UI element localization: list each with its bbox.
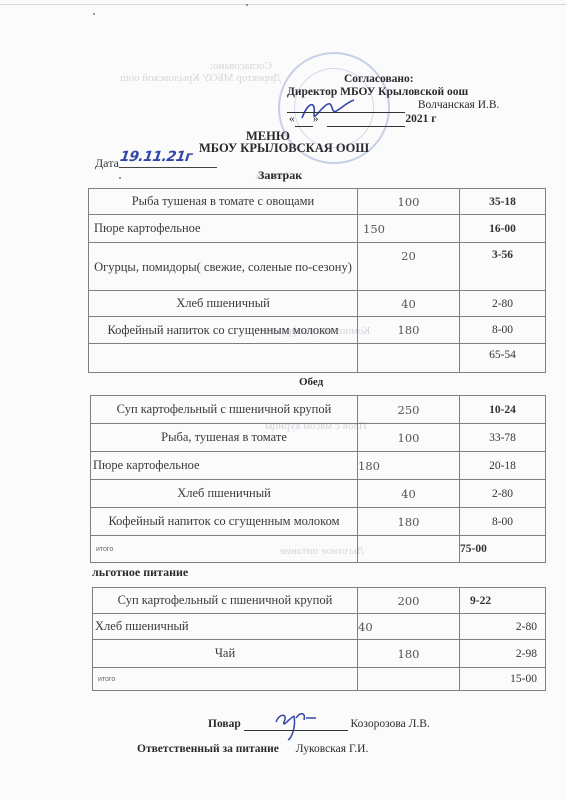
dish-price: 2-80: [460, 480, 546, 508]
dish-name: Суп картофельный с пшеничной крупой: [91, 396, 358, 424]
total-label: итого: [91, 536, 358, 563]
dish-qty: 40: [358, 291, 460, 317]
total-row: итого 75-00: [91, 536, 546, 563]
dish-name: Рыба тушеная в томате с овощами: [89, 189, 358, 215]
dish-price: 2-80: [460, 291, 546, 317]
table-row: Суп картофельный с пшеничной крупой 250 …: [91, 396, 546, 424]
dish-qty: 180: [358, 640, 460, 668]
lunch-table: Суп картофельный с пшеничной крупой 250 …: [90, 395, 546, 563]
table-row: Пюре картофельное 150 16-00: [89, 215, 546, 243]
dish-name: Кофейный напиток со сгущенным молоком: [89, 317, 358, 344]
dish-price: 8-00: [460, 508, 546, 536]
dish-qty: 200: [358, 588, 460, 614]
dish-name: Огурцы, помидоры( свежие, соленые по-сез…: [89, 243, 358, 291]
total-label: итого: [93, 668, 358, 691]
menu-document: Согласовано: Директор МБОУ Крыловской оо…: [0, 0, 566, 800]
approval-position: Директор МБОУ Крыловской оош: [287, 85, 468, 99]
table-row: Рыба тушеная в томате с овощами 100 35-1…: [89, 189, 546, 215]
table-row: Чай 180 2-98: [93, 640, 546, 668]
dish-price: 33-78: [460, 424, 546, 452]
total-price: 75-00: [460, 536, 546, 563]
cook-name: Козорозова Л.В.: [351, 718, 430, 730]
table-row: Рыба, тушеная в томате 100 33-78: [91, 424, 546, 452]
table-row: Кофейный напиток со сгущенным молоком 18…: [89, 317, 546, 344]
dish-name: Хлеб пшеничный: [93, 614, 358, 640]
table-row: Хлеб пшеничный 40 2-80: [91, 480, 546, 508]
dish-qty: 180: [358, 508, 460, 536]
benefit-table: Суп картофельный с пшеничной крупой 200 …: [92, 587, 546, 691]
table-row: Огурцы, помидоры( свежие, соленые по-сез…: [89, 243, 546, 291]
dish-price: 9-22: [460, 588, 546, 614]
dish-price: 35-18: [460, 189, 546, 215]
cook-signature-line: Повар Козорозова Л.В.: [208, 718, 430, 731]
date-value: 19.11.21г: [119, 149, 193, 165]
table-row: Хлеб пшеничный 40 2-80: [89, 291, 546, 317]
scan-edge: [0, 4, 566, 5]
breakfast-table: Рыба тушеная в томате с овощами 100 35-1…: [88, 188, 546, 373]
dish-name: Рыба, тушеная в томате: [91, 424, 358, 452]
bleed-through: Директор МБОУ Крыловской оош: [120, 72, 281, 84]
date-underline: [119, 167, 217, 168]
dish-name: Чай: [93, 640, 358, 668]
approval-date: « » 2021 г: [289, 112, 436, 127]
table-row: Суп картофельный с пшеничной крупой 200 …: [93, 588, 546, 614]
dish-price: 2-80: [460, 614, 546, 640]
scan-speck: [119, 177, 121, 179]
responsible-label: Ответственный за питание: [137, 743, 279, 755]
benefit-title: льготное питание: [92, 565, 188, 580]
total-row: итого 15-00: [93, 668, 546, 691]
scan-speck: [246, 4, 248, 6]
dish-qty: 40: [358, 614, 460, 640]
total-price: 65-54: [460, 344, 546, 373]
dish-qty: 180: [358, 317, 460, 344]
cook-label: Повар: [208, 718, 241, 730]
approval-year: 2021 г: [405, 113, 436, 125]
dish-name: Пюре картофельное: [89, 215, 358, 243]
dish-qty: 250: [358, 396, 460, 424]
table-row: Пюре картофельное 180 20-18: [91, 452, 546, 480]
date-label: Дата: [95, 156, 119, 171]
table-row: Кофейный напиток со сгущенным молоком 18…: [91, 508, 546, 536]
table-row: Хлеб пшеничный 40 2-80: [93, 614, 546, 640]
school-name: МБОУ КРЫЛОВСКАЯ ООШ: [199, 141, 369, 156]
total-row: 65-54: [89, 344, 546, 373]
breakfast-title: Завтрак: [258, 168, 302, 183]
dish-price: 8-00: [460, 317, 546, 344]
dish-name: Хлеб пшеничный: [91, 480, 358, 508]
approval-heading: Согласовано:: [344, 72, 414, 86]
total-label: [89, 344, 358, 373]
responsible-line: Ответственный за питание Луковская Г.И.: [137, 743, 368, 755]
dish-qty: 100: [358, 189, 460, 215]
bleed-through: Согласовано:: [210, 60, 272, 72]
approval-signer: Волчанская И.В.: [418, 99, 500, 111]
scan-speck: [93, 13, 95, 15]
responsible-name: Луковская Г.И.: [296, 743, 369, 755]
dish-qty: 150: [358, 215, 460, 243]
dish-price: 2-98: [460, 640, 546, 668]
dish-price: 10-24: [460, 396, 546, 424]
dish-qty: 40: [358, 480, 460, 508]
dish-qty: 20: [358, 243, 460, 291]
dish-qty: 180: [358, 452, 460, 480]
approval-signature-line: Волчанская И.В.: [287, 98, 499, 113]
dish-price: 20-18: [460, 452, 546, 480]
dish-name: Пюре картофельное: [91, 452, 358, 480]
dish-name: Кофейный напиток со сгущенным молоком: [91, 508, 358, 536]
dish-name: Хлеб пшеничный: [89, 291, 358, 317]
lunch-title: Обед: [299, 376, 323, 388]
dish-price: 3-56: [460, 243, 546, 291]
dish-qty: 100: [358, 424, 460, 452]
dish-price: 16-00: [460, 215, 546, 243]
total-price: 15-00: [460, 668, 546, 691]
dish-name: Суп картофельный с пшеничной крупой: [93, 588, 358, 614]
